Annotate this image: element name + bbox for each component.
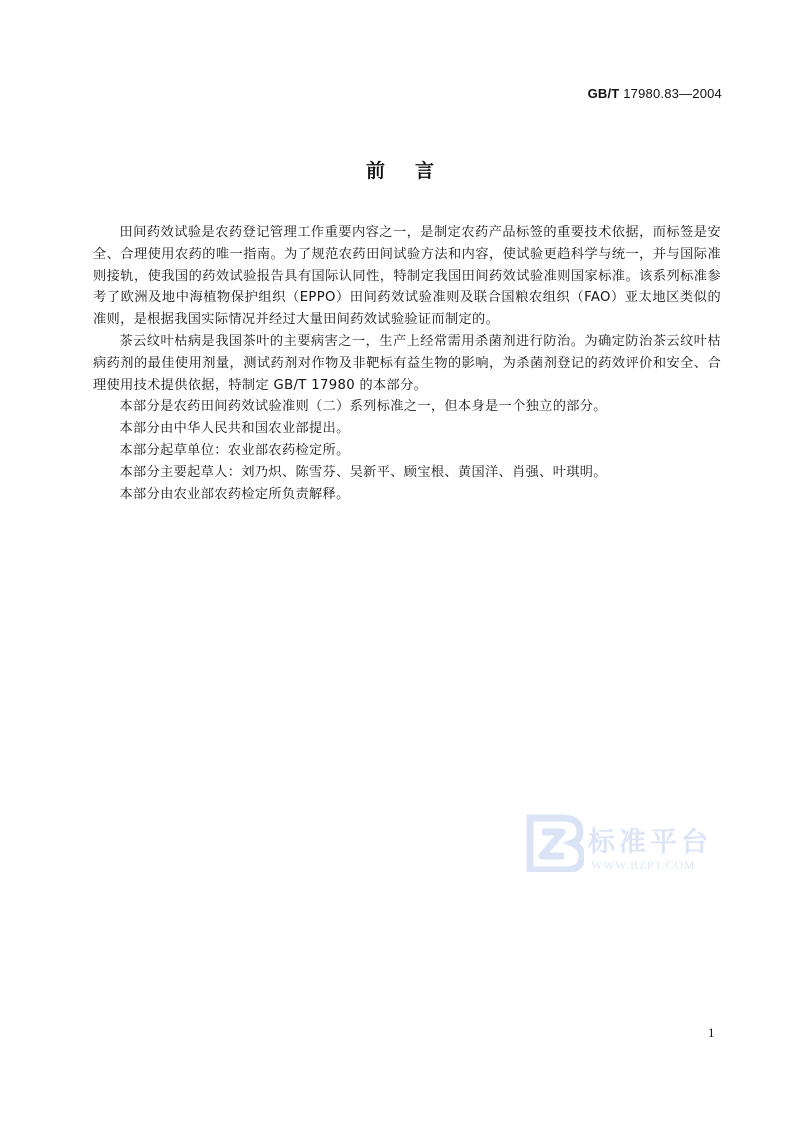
paragraph-drafters: 本部分主要起草人：刘乃炽、陈雪芬、吴新平、顾宝根、黄国洋、肖强、叶琪明。 [93,462,721,484]
standard-prefix: GB/T [588,86,620,101]
page-number: 1 [708,1025,715,1041]
paragraph-purpose: 茶云纹叶枯病是我国茶叶的主要病害之一，生产上经常需用杀菌剂进行防治。为确定防治茶… [93,331,721,396]
page-title: 前言 [0,156,800,183]
foreword-body: 田间药效试验是农药登记管理工作重要内容之一，是制定农药产品标签的重要技术依据，而… [93,222,721,505]
watermark-name: 标准平台 [588,820,712,859]
watermark-url: WWW.BZPT.COM [591,858,695,873]
paragraph-background: 田间药效试验是农药登记管理工作重要内容之一，是制定农药产品标签的重要技术依据，而… [93,222,721,331]
paragraph-interpretation: 本部分由农业部农药检定所负责解释。 [93,484,721,506]
bzpt-logo-icon [526,814,584,872]
standard-code: GB/T 17980.83—2004 [588,86,722,101]
paragraph-drafting-unit: 本部分起草单位：农业部农药检定所。 [93,440,721,462]
watermark: 标准平台 WWW.BZPT.COM [526,814,746,884]
paragraph-series: 本部分是农药田间药效试验准则（二）系列标准之一，但本身是一个独立的部分。 [93,396,721,418]
paragraph-proposer: 本部分由中华人民共和国农业部提出。 [93,418,721,440]
standard-number: 17980.83—2004 [623,86,722,101]
